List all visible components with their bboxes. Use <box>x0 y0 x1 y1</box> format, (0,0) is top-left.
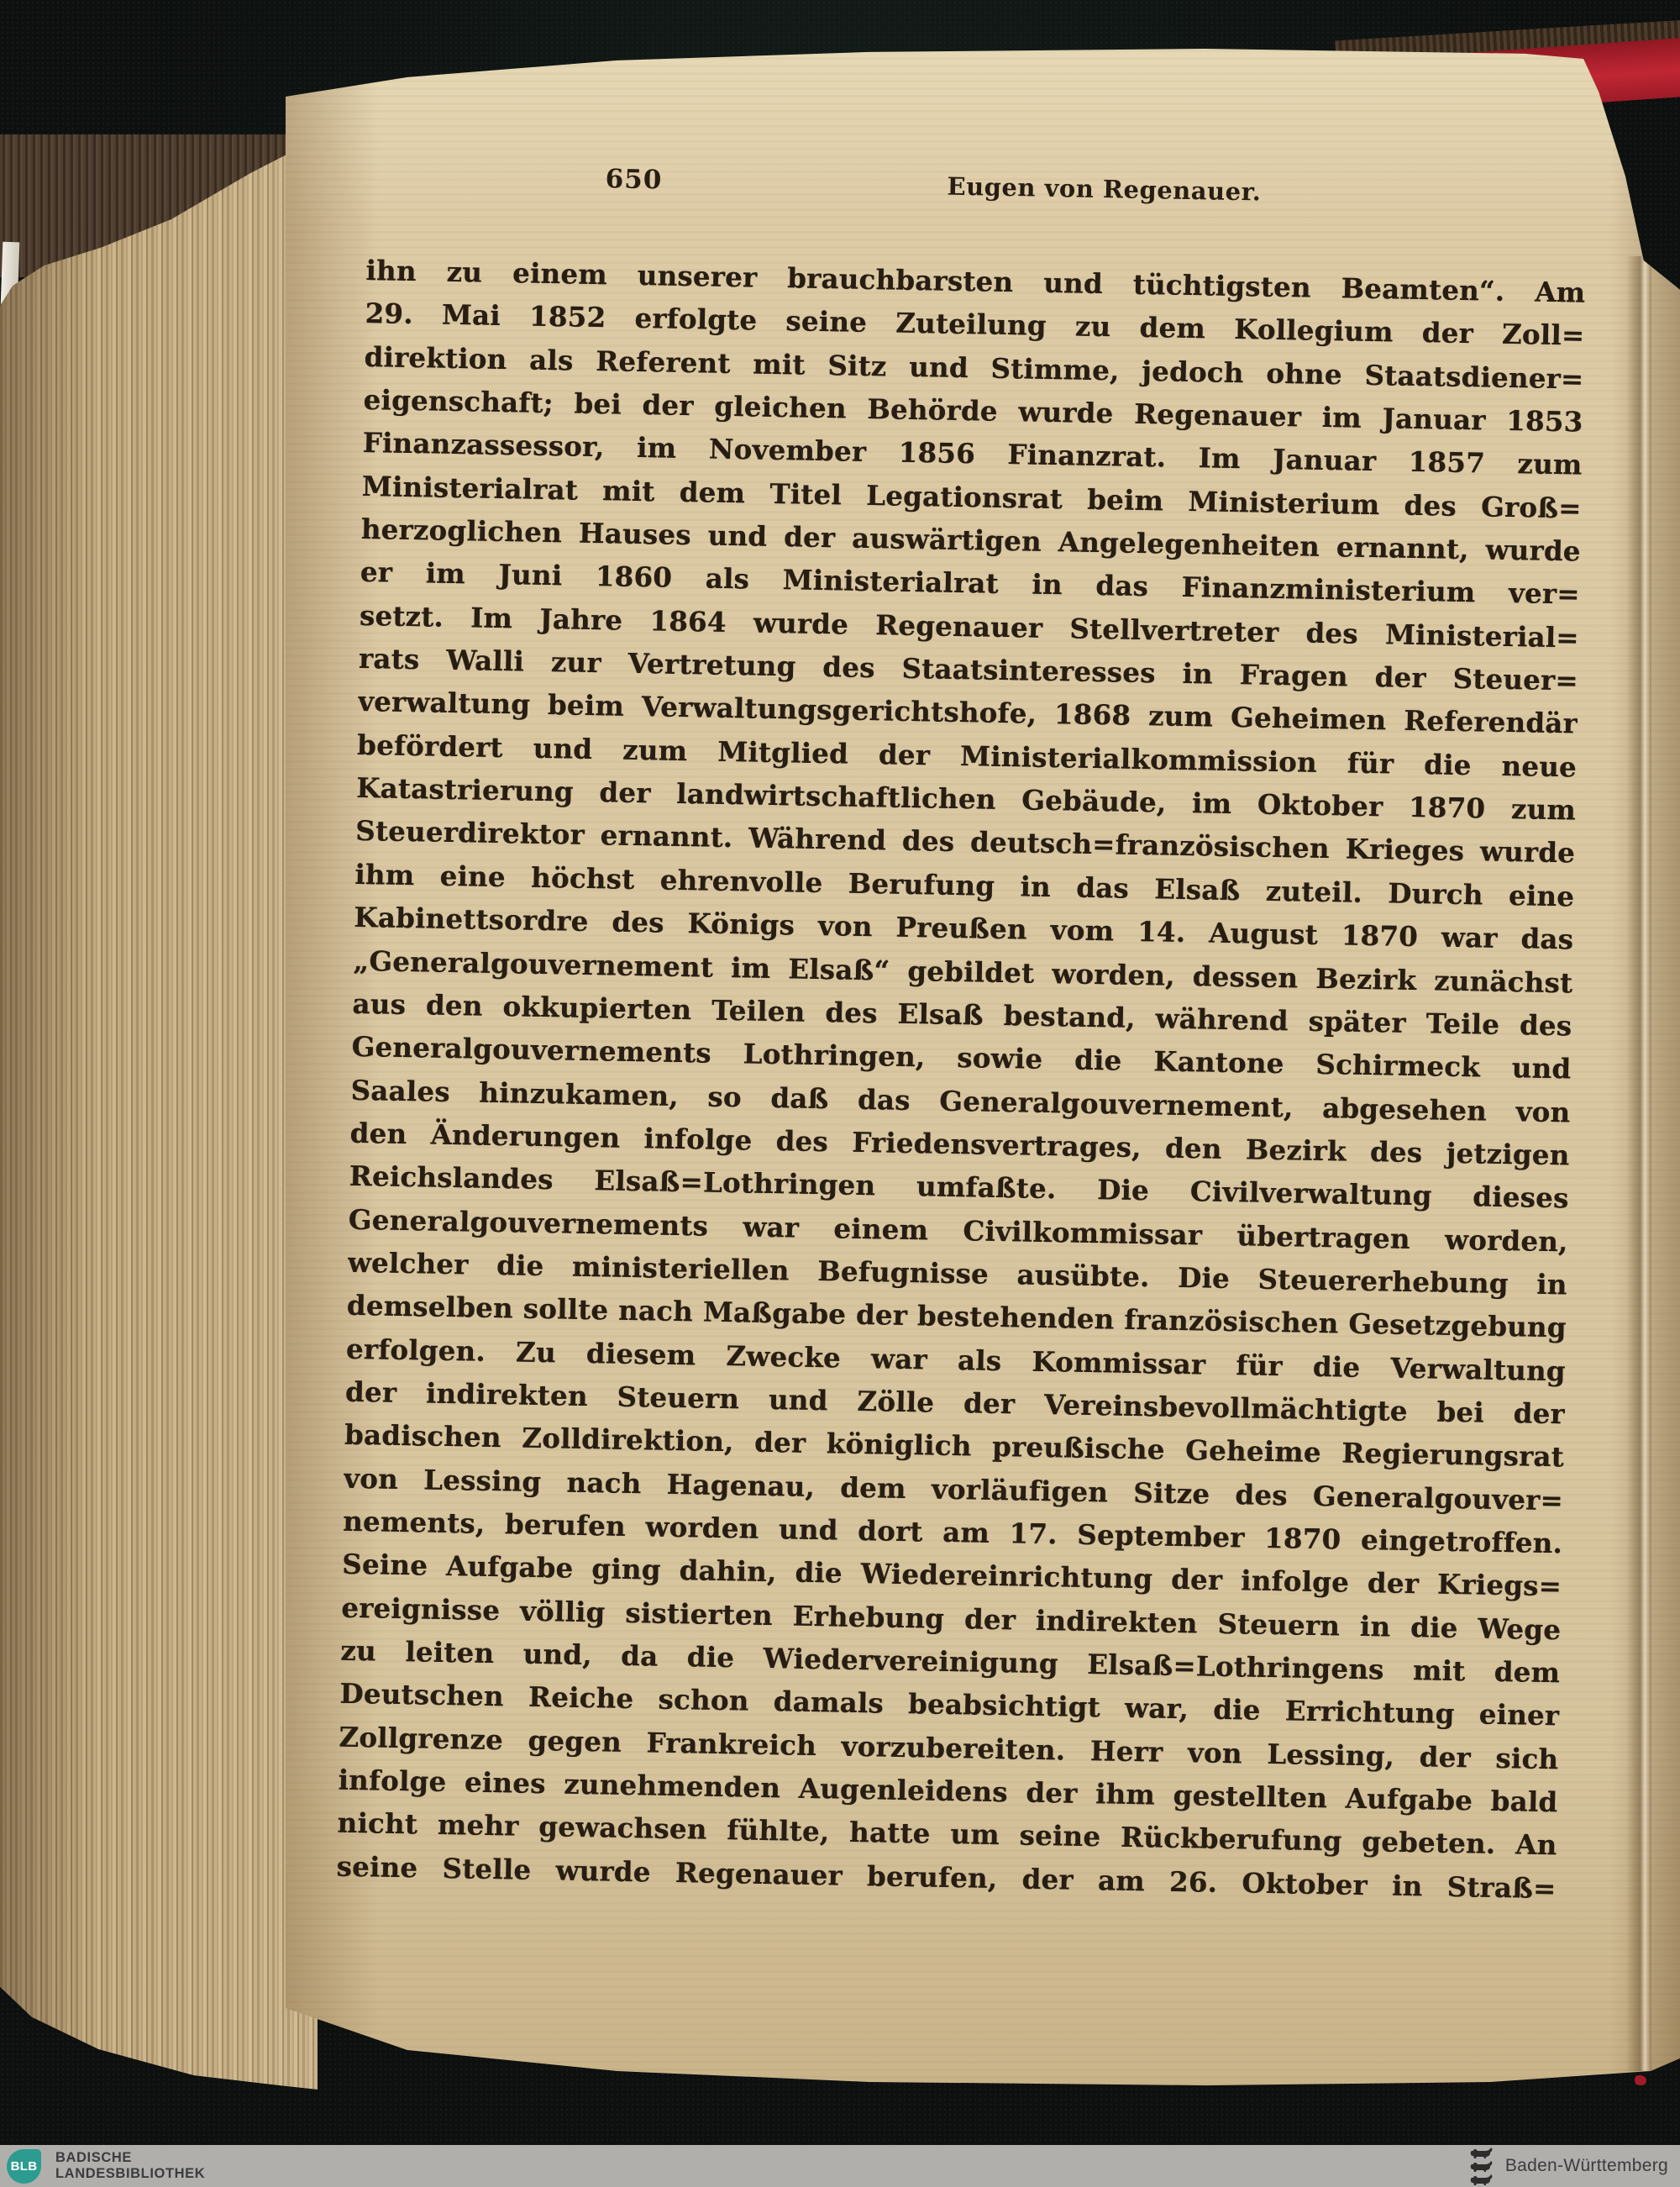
region-label: Baden-Württemberg <box>1505 2156 1668 2176</box>
blb-logo-text: BLB <box>11 2159 38 2174</box>
gutter-shadow <box>1626 256 1651 2071</box>
library-name: BADISCHE LANDESBIBLIOTHEK <box>55 2150 205 2183</box>
cover-red-speck <box>1635 2075 1646 2085</box>
book-page: 650 Eugen von Regenauer. ihn zu einem un… <box>281 42 1680 2088</box>
body-text: ihn zu einem unserer brauchbarsten und t… <box>336 249 1586 1910</box>
blb-logo-group: BLB BADISCHE LANDESBIBLIOTHEK <box>7 2149 205 2184</box>
footer-bar: BLB BADISCHE LANDESBIBLIOTHEK Baden-Würt… <box>0 2145 1680 2187</box>
running-header: Eugen von Regenauer. <box>947 172 1261 207</box>
coat-of-arms-icon <box>1467 2147 1495 2185</box>
page-text-block: 650 Eugen von Regenauer. ihn zu einem un… <box>336 160 1587 1910</box>
library-name-line1: BADISCHE <box>55 2150 205 2167</box>
library-name-line2: LANDESBIBLIOTHEK <box>55 2166 205 2183</box>
baden-wuerttemberg-group: Baden-Württemberg <box>1467 2145 1668 2187</box>
page-number: 650 <box>605 164 662 195</box>
page-header: 650 Eugen von Regenauer. <box>367 160 1588 221</box>
fanned-page-edges <box>0 92 318 2106</box>
blb-logo-icon: BLB <box>7 2149 41 2184</box>
